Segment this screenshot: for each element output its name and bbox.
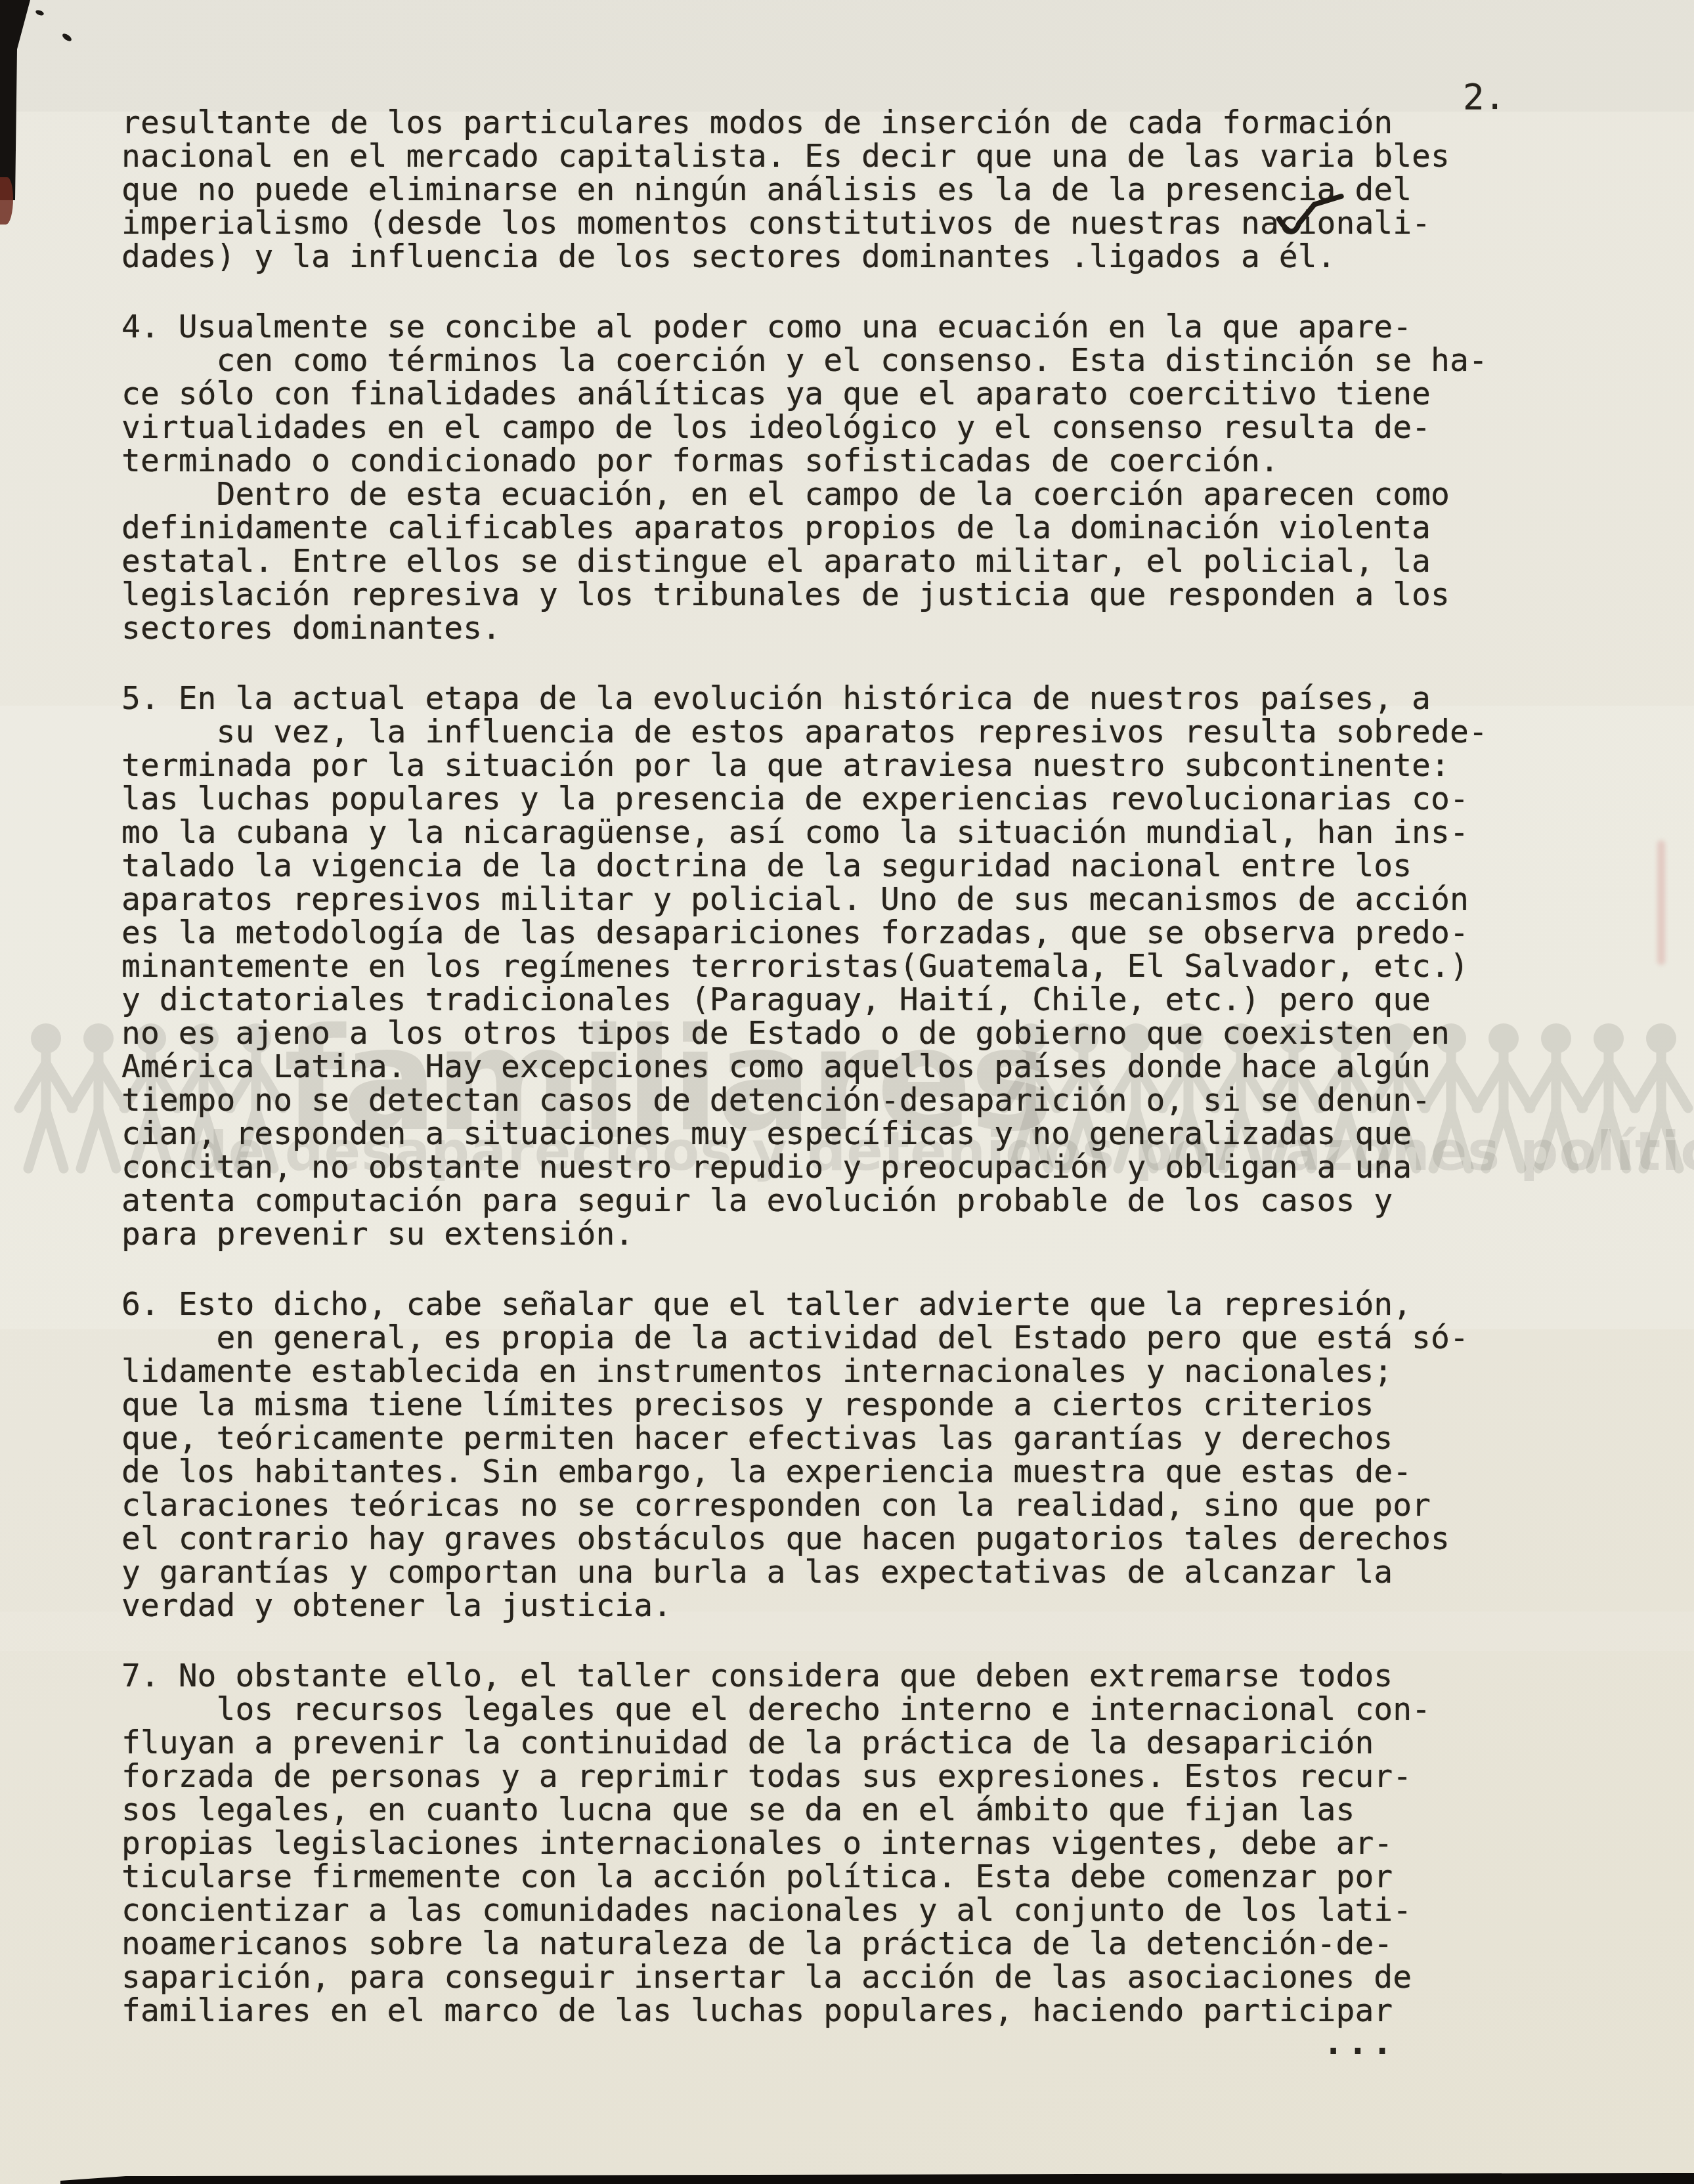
paragraph-7: 7. No obstante ello, el taller considera…	[121, 1659, 1605, 2028]
paragraph-continuation: resultante de los particulares modos de …	[121, 106, 1605, 274]
scan-tone-band	[0, 0, 1694, 112]
handwritten-check-icon	[1273, 192, 1350, 245]
scan-bottom-shadow	[60, 2173, 1694, 2184]
continuation-dots: ...	[1323, 2023, 1397, 2063]
document-body: resultante de los particulares modos de …	[121, 106, 1605, 2065]
paragraph-6: 6. Esto dicho, cabe señalar que el talle…	[121, 1288, 1605, 1623]
scan-smudge	[1657, 840, 1665, 965]
paragraph-5: 5. En la actual etapa de la evolución hi…	[121, 682, 1605, 1251]
paragraph-4: 4. Usualmente se concibe al poder como u…	[121, 310, 1605, 645]
scanned-document-page: familiares de desaparecidos y detenidos …	[0, 0, 1694, 2184]
scan-edge-red-mark	[0, 177, 13, 225]
